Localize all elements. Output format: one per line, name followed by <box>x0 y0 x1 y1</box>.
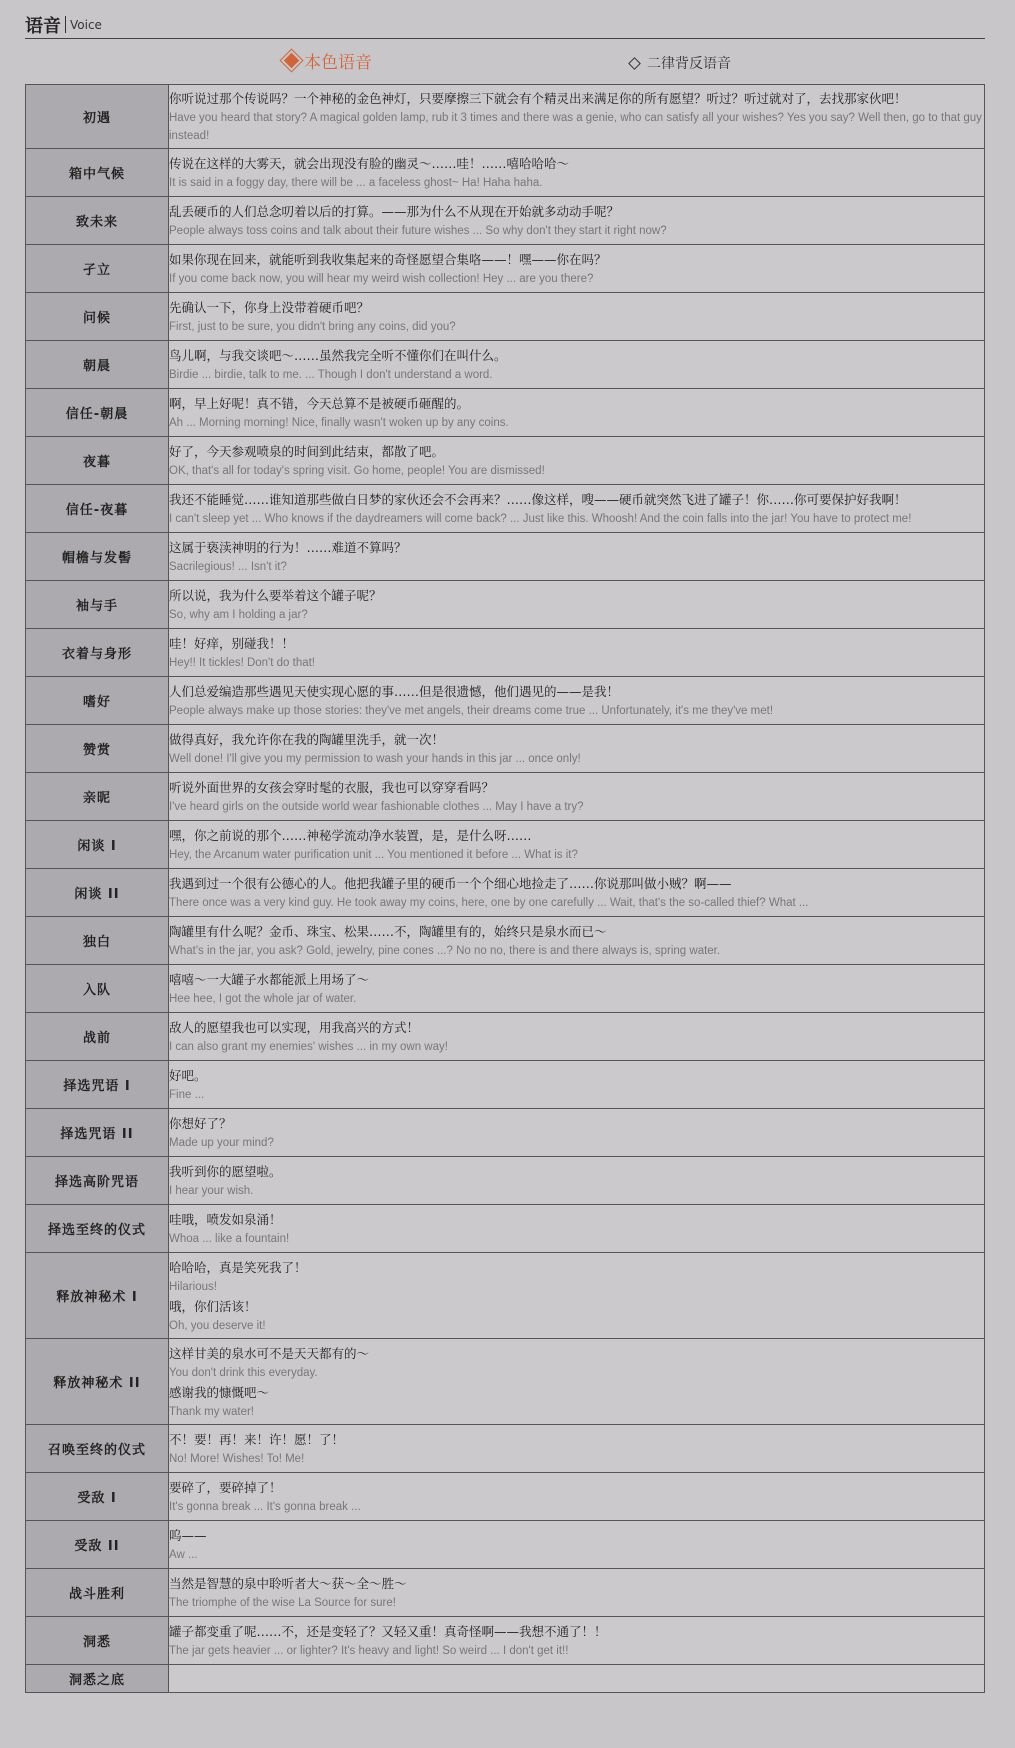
voice-category-label: 赞赏 <box>26 725 169 773</box>
voice-line-english: I can't sleep yet ... Who knows if the d… <box>169 510 984 528</box>
table-row: 召唤至终的仪式不！要！再！来！许！愿！了！No! More! Wishes! T… <box>26 1425 985 1473</box>
table-row: 问候先确认一下，你身上没带着硬币吧？First, just to be sure… <box>26 293 985 341</box>
voice-line-cell: 好吧。Fine ... <box>169 1061 985 1109</box>
voice-line-english: There once was a very kind guy. He took … <box>169 894 984 912</box>
table-row: 信任-朝晨啊，早上好呢！真不错，今天总算不是被硬币砸醒的。Ah ... Morn… <box>26 389 985 437</box>
voice-line-english: Have you heard that story? A magical gol… <box>169 109 984 145</box>
table-row: 帽檐与发髻这属于亵渎神明的行为！……难道不算吗？Sacrilegious! ..… <box>26 533 985 581</box>
voice-line-cell: 当然是智慧的泉中聆听者大～获～全～胜～The triomphe of the w… <box>169 1569 985 1617</box>
section-header: 语音 Voice <box>25 10 985 39</box>
voice-line-cell: 陶罐里有什么呢？金币、珠宝、松果……不，陶罐里有的，始终只是泉水而已～What'… <box>169 917 985 965</box>
voice-line-english: Oh, you deserve it! <box>169 1317 984 1335</box>
voice-line-english: You don't drink this everyday. <box>169 1364 984 1382</box>
voice-line-cell: 所以说，我为什么要举着这个罐子呢？So, why am I holding a … <box>169 581 985 629</box>
table-row: 战前敌人的愿望我也可以实现，用我高兴的方式！I can also grant m… <box>26 1013 985 1061</box>
voice-category-label: 嗜好 <box>26 677 169 725</box>
voice-category-label: 释放神秘术 II <box>26 1339 169 1425</box>
table-row: 嗜好人们总爱编造那些遇见天使实现心愿的事……但是很遗憾，他们遇见的——是我！Pe… <box>26 677 985 725</box>
voice-category-label: 独白 <box>26 917 169 965</box>
voice-category-label: 受敌 I <box>26 1473 169 1521</box>
voice-line-english: I can also grant my enemies' wishes ... … <box>169 1038 984 1056</box>
section-subtitle: Voice <box>70 18 102 32</box>
voice-line-chinese: 先确认一下，你身上没带着硬币吧？ <box>169 297 984 318</box>
table-row: 受敌 II呜——Aw ... <box>26 1521 985 1569</box>
voice-line-cell: 哈哈哈，真是笑死我了！Hilarious!哦，你们活该！Oh, you dese… <box>169 1253 985 1339</box>
voice-line-english: Hilarious! <box>169 1278 984 1296</box>
voice-category-label: 信任-朝晨 <box>26 389 169 437</box>
voice-line-english: Ah ... Morning morning! Nice, finally wa… <box>169 414 984 432</box>
voice-line-english: People always make up those stories: the… <box>169 702 984 720</box>
voice-line-english: I've heard girls on the outside world we… <box>169 798 984 816</box>
voice-line-english: Made up your mind? <box>169 1134 984 1152</box>
voice-line-cell: 你想好了？Made up your mind? <box>169 1109 985 1157</box>
voice-line-chinese: 罐子都变重了呢……不，还是变轻了？又轻又重！真奇怪啊——我想不通了！！ <box>169 1621 984 1642</box>
voice-line-chinese: 嘿，你之前说的那个……神秘学流动净水装置，是，是什么呀…… <box>169 825 984 846</box>
voice-category-label: 择选高阶咒语 <box>26 1157 169 1205</box>
voice-line-english: Well done! I'll give you my permission t… <box>169 750 984 768</box>
table-row: 战斗胜利当然是智慧的泉中聆听者大～获～全～胜～The triomphe of t… <box>26 1569 985 1617</box>
voice-line-english: It's gonna break ... It's gonna break ..… <box>169 1498 984 1516</box>
voice-line-cell: 先确认一下，你身上没带着硬币吧？First, just to be sure, … <box>169 293 985 341</box>
voice-category-label: 释放神秘术 I <box>26 1253 169 1339</box>
table-row: 亲昵听说外面世界的女孩会穿时髦的衣服，我也可以穿穿看吗？I've heard g… <box>26 773 985 821</box>
table-row: 受敌 I要碎了，要碎掉了！It's gonna break ... It's g… <box>26 1473 985 1521</box>
voice-category-label: 孑立 <box>26 245 169 293</box>
voice-table: 初遇你听说过那个传说吗？一个神秘的金色神灯，只要摩擦三下就会有个精灵出来满足你的… <box>25 84 985 1693</box>
table-row: 箱中气候传说在这样的大雾天，就会出现没有脸的幽灵～……哇！……嘻哈哈哈～It i… <box>26 149 985 197</box>
table-row: 朝晨鸟儿啊，与我交谈吧～……虽然我完全听不懂你们在叫什么。Birdie ... … <box>26 341 985 389</box>
table-row: 释放神秘术 II这样甘美的泉水可不是天天都有的～You don't drink … <box>26 1339 985 1425</box>
tab-original-voice[interactable]: 本色语音 <box>280 48 372 73</box>
voice-category-label: 择选至终的仪式 <box>26 1205 169 1253</box>
voice-line-chinese: 鸟儿啊，与我交谈吧～……虽然我完全听不懂你们在叫什么。 <box>169 345 984 366</box>
table-row: 释放神秘术 I哈哈哈，真是笑死我了！Hilarious!哦，你们活该！Oh, y… <box>26 1253 985 1339</box>
voice-line-chinese: 所以说，我为什么要举着这个罐子呢？ <box>169 585 984 606</box>
voice-category-label: 战前 <box>26 1013 169 1061</box>
voice-line-english: Thank my water! <box>169 1403 984 1421</box>
table-row: 初遇你听说过那个传说吗？一个神秘的金色神灯，只要摩擦三下就会有个精灵出来满足你的… <box>26 85 985 149</box>
table-row: 独白陶罐里有什么呢？金币、珠宝、松果……不，陶罐里有的，始终只是泉水而已～Wha… <box>26 917 985 965</box>
table-row: 赞赏做得真好，我允许你在我的陶罐里洗手，就一次！Well done! I'll … <box>26 725 985 773</box>
voice-category-label: 洞悉 <box>26 1617 169 1665</box>
voice-line-cell: 罐子都变重了呢……不，还是变轻了？又轻又重！真奇怪啊——我想不通了！！The j… <box>169 1617 985 1665</box>
voice-category-label: 召唤至终的仪式 <box>26 1425 169 1473</box>
voice-line-chinese: 好吧。 <box>169 1065 984 1086</box>
voice-category-label: 箱中气候 <box>26 149 169 197</box>
table-row: 择选咒语 II你想好了？Made up your mind? <box>26 1109 985 1157</box>
table-row: 致未来乱丢硬币的人们总念叨着以后的打算。——那为什么不从现在开始就多动动手呢？P… <box>26 197 985 245</box>
table-row: 袖与手所以说，我为什么要举着这个罐子呢？So, why am I holding… <box>26 581 985 629</box>
table-row: 择选咒语 I好吧。Fine ... <box>26 1061 985 1109</box>
voice-line-chinese: 人们总爱编造那些遇见天使实现心愿的事……但是很遗憾，他们遇见的——是我！ <box>169 681 984 702</box>
voice-category-label: 择选咒语 II <box>26 1109 169 1157</box>
voice-line-cell: 要碎了，要碎掉了！It's gonna break ... It's gonna… <box>169 1473 985 1521</box>
voice-line-cell: 传说在这样的大雾天，就会出现没有脸的幽灵～……哇！……嘻哈哈哈～It is sa… <box>169 149 985 197</box>
voice-category-label: 朝晨 <box>26 341 169 389</box>
voice-line-english: Hee hee, I got the whole jar of water. <box>169 990 984 1008</box>
voice-line-chinese: 当然是智慧的泉中聆听者大～获～全～胜～ <box>169 1573 984 1594</box>
voice-line-cell: 如果你现在回来，就能听到我收集起来的奇怪愿望合集咯——！嘿——你在吗？If yo… <box>169 245 985 293</box>
voice-line-chinese: 你听说过那个传说吗？一个神秘的金色神灯，只要摩擦三下就会有个精灵出来满足你的所有… <box>169 88 984 109</box>
table-row: 夜暮好了，今天参观喷泉的时间到此结束，都散了吧。OK, that's all f… <box>26 437 985 485</box>
voice-line-english: It is said in a foggy day, there will be… <box>169 174 984 192</box>
voice-line-chinese: 啊，早上好呢！真不错，今天总算不是被硬币砸醒的。 <box>169 393 984 414</box>
voice-line-cell: 我听到你的愿望啦。I hear your wish. <box>169 1157 985 1205</box>
table-row: 洞悉之底 <box>26 1665 985 1693</box>
voice-line-chinese: 陶罐里有什么呢？金币、珠宝、松果……不，陶罐里有的，始终只是泉水而已～ <box>169 921 984 942</box>
voice-category-label: 战斗胜利 <box>26 1569 169 1617</box>
tab-antinomy-voice[interactable]: 二律背反语音 <box>627 53 731 73</box>
voice-line-chinese: 你想好了？ <box>169 1113 984 1134</box>
voice-category-label: 袖与手 <box>26 581 169 629</box>
voice-line-english: OK, that's all for today's spring visit.… <box>169 462 984 480</box>
tab-label: 二律背反语音 <box>647 53 731 73</box>
voice-category-label: 闲谈 II <box>26 869 169 917</box>
voice-line-chinese: 呜—— <box>169 1525 984 1546</box>
table-row: 衣着与身形哇！好痒，别碰我！！Hey!! It tickles! Don't d… <box>26 629 985 677</box>
voice-line-chinese: 要碎了，要碎掉了！ <box>169 1477 984 1498</box>
voice-line-cell: 乱丢硬币的人们总念叨着以后的打算。——那为什么不从现在开始就多动动手呢？Peop… <box>169 197 985 245</box>
voice-category-label: 择选咒语 I <box>26 1061 169 1109</box>
voice-line-chinese: 哦，你们活该！ <box>169 1296 984 1317</box>
voice-line-english: No! More! Wishes! To! Me! <box>169 1450 984 1468</box>
voice-line-english: What's in the jar, you ask? Gold, jewelr… <box>169 942 984 960</box>
voice-line-chinese: 我遇到过一个很有公德心的人。他把我罐子里的硬币一个个细心地捡走了……你说那叫做小… <box>169 873 984 894</box>
voice-category-label: 衣着与身形 <box>26 629 169 677</box>
table-row: 入队嘻嘻～一大罐子水都能派上用场了～Hee hee, I got the who… <box>26 965 985 1013</box>
voice-line-cell <box>169 1665 985 1693</box>
voice-line-english: Sacrilegious! ... Isn't it? <box>169 558 984 576</box>
voice-line-english: If you come back now, you will hear my w… <box>169 270 984 288</box>
voice-line-english: Birdie ... birdie, talk to me. ... Thoug… <box>169 366 984 384</box>
voice-line-chinese: 好了，今天参观喷泉的时间到此结束，都散了吧。 <box>169 441 984 462</box>
voice-line-chinese: 我听到你的愿望啦。 <box>169 1161 984 1182</box>
voice-line-cell: 做得真好，我允许你在我的陶罐里洗手，就一次！Well done! I'll gi… <box>169 725 985 773</box>
voice-line-chinese: 嘻嘻～一大罐子水都能派上用场了～ <box>169 969 984 990</box>
voice-line-cell: 哇！好痒，别碰我！！Hey!! It tickles! Don't do tha… <box>169 629 985 677</box>
voice-category-label: 受敌 II <box>26 1521 169 1569</box>
voice-line-chinese: 传说在这样的大雾天，就会出现没有脸的幽灵～……哇！……嘻哈哈哈～ <box>169 153 984 174</box>
voice-line-cell: 听说外面世界的女孩会穿时髦的衣服，我也可以穿穿看吗？I've heard gir… <box>169 773 985 821</box>
table-row: 闲谈 I嘿，你之前说的那个……神秘学流动净水装置，是，是什么呀……Hey, th… <box>26 821 985 869</box>
voice-line-chinese: 听说外面世界的女孩会穿时髦的衣服，我也可以穿穿看吗？ <box>169 777 984 798</box>
voice-line-cell: 这样甘美的泉水可不是天天都有的～You don't drink this eve… <box>169 1339 985 1425</box>
diamond-filled-icon <box>284 53 300 69</box>
voice-line-chinese: 敌人的愿望我也可以实现，用我高兴的方式！ <box>169 1017 984 1038</box>
table-row: 择选高阶咒语我听到你的愿望啦。I hear your wish. <box>26 1157 985 1205</box>
voice-line-english: Whoa ... like a fountain! <box>169 1230 984 1248</box>
table-row: 闲谈 II我遇到过一个很有公德心的人。他把我罐子里的硬币一个个细心地捡走了……你… <box>26 869 985 917</box>
table-row: 洞悉罐子都变重了呢……不，还是变轻了？又轻又重！真奇怪啊——我想不通了！！The… <box>26 1617 985 1665</box>
voice-line-cell: 你听说过那个传说吗？一个神秘的金色神灯，只要摩擦三下就会有个精灵出来满足你的所有… <box>169 85 985 149</box>
section-title: 语音 <box>25 12 61 38</box>
voice-line-cell: 呜——Aw ... <box>169 1521 985 1569</box>
table-row: 信任-夜暮我还不能睡觉……谁知道那些做白日梦的家伙还会不会再来？……像这样，嗖—… <box>26 485 985 533</box>
voice-category-label: 初遇 <box>26 85 169 149</box>
voice-line-chinese: 不！要！再！来！许！愿！了！ <box>169 1429 984 1450</box>
voice-line-chinese: 做得真好，我允许你在我的陶罐里洗手，就一次！ <box>169 729 984 750</box>
voice-line-english: I hear your wish. <box>169 1182 984 1200</box>
voice-line-cell: 嘻嘻～一大罐子水都能派上用场了～Hee hee, I got the whole… <box>169 965 985 1013</box>
voice-line-chinese: 乱丢硬币的人们总念叨着以后的打算。——那为什么不从现在开始就多动动手呢？ <box>169 201 984 222</box>
voice-category-label: 闲谈 I <box>26 821 169 869</box>
voice-line-english: First, just to be sure, you didn't bring… <box>169 318 984 336</box>
voice-line-cell: 嘿，你之前说的那个……神秘学流动净水装置，是，是什么呀……Hey, the Ar… <box>169 821 985 869</box>
voice-line-chinese: 哈哈哈，真是笑死我了！ <box>169 1257 984 1278</box>
voice-line-chinese: 哇！好痒，别碰我！！ <box>169 633 984 654</box>
voice-line-cell: 不！要！再！来！许！愿！了！No! More! Wishes! To! Me! <box>169 1425 985 1473</box>
voice-line-chinese: 感谢我的慷慨吧～ <box>169 1382 984 1403</box>
voice-category-label: 夜暮 <box>26 437 169 485</box>
diamond-hollow-icon <box>628 57 641 70</box>
voice-line-cell: 这属于亵渎神明的行为！……难道不算吗？Sacrilegious! ... Isn… <box>169 533 985 581</box>
voice-line-cell: 人们总爱编造那些遇见天使实现心愿的事……但是很遗憾，他们遇见的——是我！Peop… <box>169 677 985 725</box>
voice-line-english: People always toss coins and talk about … <box>169 222 984 240</box>
voice-line-cell: 我还不能睡觉……谁知道那些做白日梦的家伙还会不会再来？……像这样，嗖——硬币就突… <box>169 485 985 533</box>
voice-line-chinese: 如果你现在回来，就能听到我收集起来的奇怪愿望合集咯——！嘿——你在吗？ <box>169 249 984 270</box>
table-row: 择选至终的仪式哇哦，喷发如泉涌！Whoa ... like a fountain… <box>26 1205 985 1253</box>
voice-category-label: 信任-夜暮 <box>26 485 169 533</box>
voice-line-english: Hey!! It tickles! Don't do that! <box>169 654 984 672</box>
voice-line-cell: 哇哦，喷发如泉涌！Whoa ... like a fountain! <box>169 1205 985 1253</box>
voice-category-label: 帽檐与发髻 <box>26 533 169 581</box>
voice-line-cell: 啊，早上好呢！真不错，今天总算不是被硬币砸醒的。Ah ... Morning m… <box>169 389 985 437</box>
voice-category-label: 入队 <box>26 965 169 1013</box>
voice-category-label: 洞悉之底 <box>26 1665 169 1693</box>
voice-category-label: 致未来 <box>26 197 169 245</box>
voice-line-chinese: 哇哦，喷发如泉涌！ <box>169 1209 984 1230</box>
voice-line-english: Aw ... <box>169 1546 984 1564</box>
voice-category-label: 问候 <box>26 293 169 341</box>
voice-line-chinese: 这属于亵渎神明的行为！……难道不算吗？ <box>169 537 984 558</box>
voice-tabs: 本色语音 二律背反语音 <box>25 48 985 78</box>
voice-line-english: Fine ... <box>169 1086 984 1104</box>
voice-line-english: The jar gets heavier ... or lighter? It'… <box>169 1642 984 1660</box>
title-divider <box>65 16 66 33</box>
voice-line-cell: 鸟儿啊，与我交谈吧～……虽然我完全听不懂你们在叫什么。Birdie ... bi… <box>169 341 985 389</box>
voice-category-label: 亲昵 <box>26 773 169 821</box>
voice-line-cell: 我遇到过一个很有公德心的人。他把我罐子里的硬币一个个细心地捡走了……你说那叫做小… <box>169 869 985 917</box>
voice-line-cell: 敌人的愿望我也可以实现，用我高兴的方式！I can also grant my … <box>169 1013 985 1061</box>
voice-line-english: Hey, the Arcanum water purification unit… <box>169 846 984 864</box>
voice-line-english: The triomphe of the wise La Source for s… <box>169 1594 984 1612</box>
voice-line-chinese: 这样甘美的泉水可不是天天都有的～ <box>169 1343 984 1364</box>
voice-line-english: So, why am I holding a jar? <box>169 606 984 624</box>
voice-line-cell: 好了，今天参观喷泉的时间到此结束，都散了吧。OK, that's all for… <box>169 437 985 485</box>
voice-line-chinese: 我还不能睡觉……谁知道那些做白日梦的家伙还会不会再来？……像这样，嗖——硬币就突… <box>169 489 984 510</box>
tab-label: 本色语音 <box>304 48 372 73</box>
table-row: 孑立如果你现在回来，就能听到我收集起来的奇怪愿望合集咯——！嘿——你在吗？If … <box>26 245 985 293</box>
